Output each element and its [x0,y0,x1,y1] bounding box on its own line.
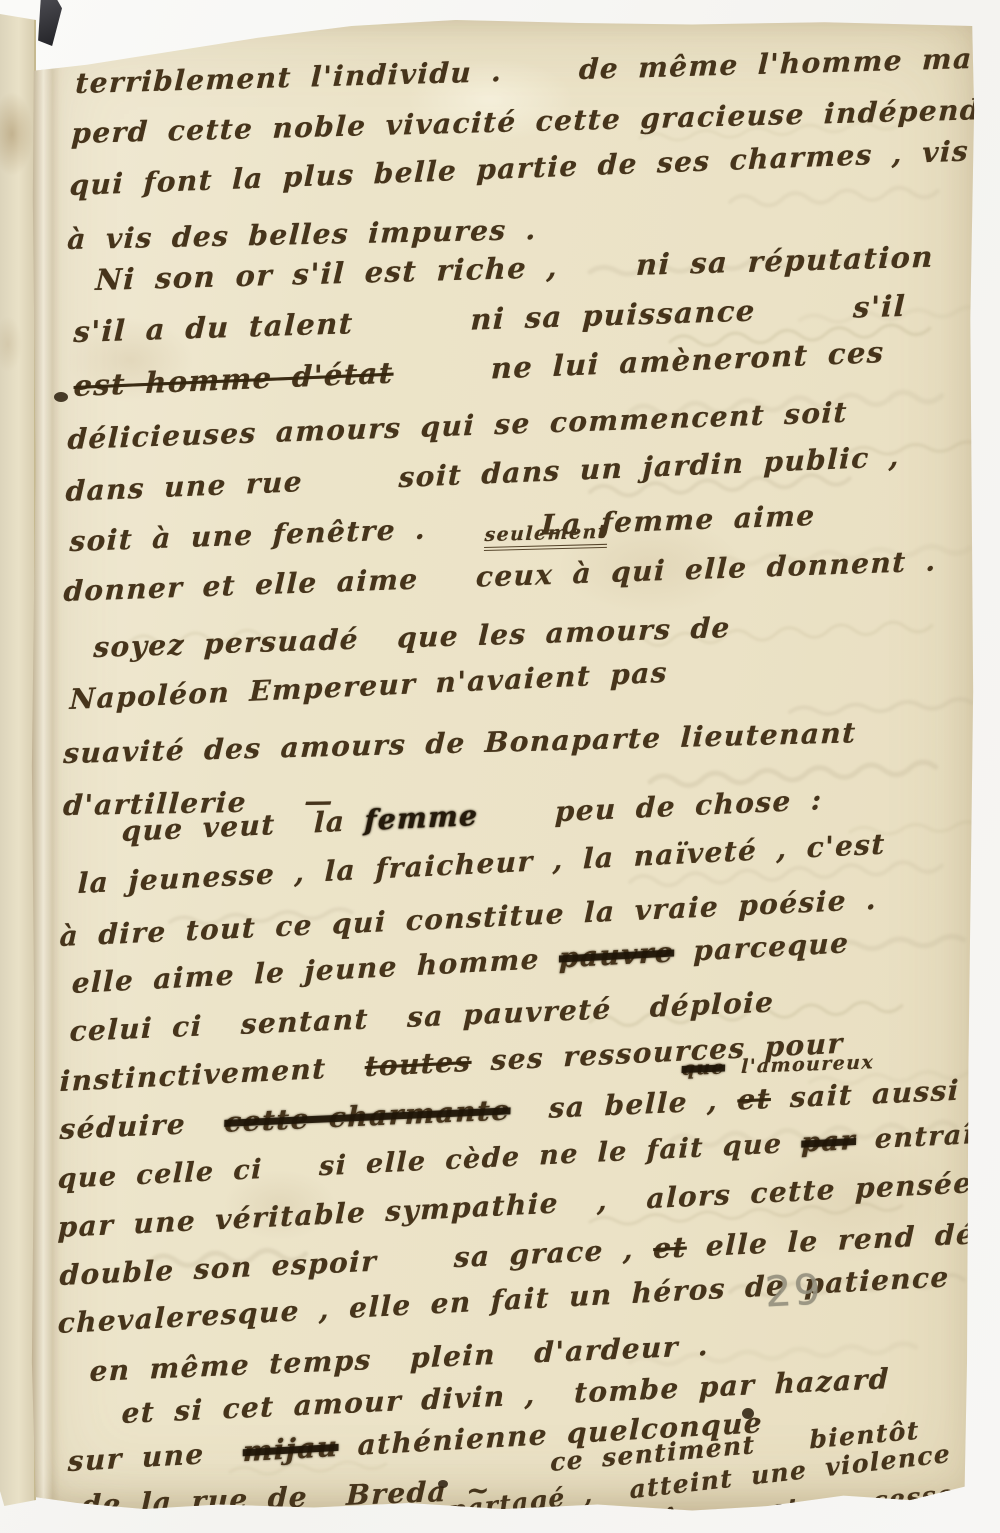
manuscript-line: à vis des belles impures . [67,216,538,254]
manuscript-line: est homme d'état ne lui amèneront ces [73,338,885,401]
photo-background: { "document": { "type": "handwritten-man… [0,0,1000,1533]
manuscript-line: donner et elle aime ceux à qui elle donn… [63,548,937,607]
manuscript-line: délicieuses amours qui se commencent soi… [67,399,848,454]
ink-blot [54,392,68,402]
manuscript-page: terriblement l'individu . de même l'homm… [30,20,976,1512]
manuscript-line: seulement [484,523,608,545]
adjacent-page-edge [0,14,36,1506]
handwriting-layer: terriblement l'individu . de même l'homm… [30,20,976,1512]
manuscript-line: Napoléon Empereur n'avaient pas [69,659,668,714]
manuscript-line: suavité des amours de Bonaparte lieutena… [63,719,857,768]
manuscript-line: terriblement l'individu . de même l'homm… [75,44,976,98]
manuscript-line: soyez persuadé que les amours de [93,614,731,662]
manuscript-line: dans une rue soit dans un jardin public … [65,443,900,506]
manuscript-line: qui font la plus belle partie de ses cha… [69,137,969,200]
manuscript-line: que l'amoureux [681,1053,874,1079]
ink-blot [742,1408,754,1419]
pencil-page-number: 29 [764,1265,824,1317]
binding-tab [36,0,62,46]
manuscript-line: soit à une fenêtre . La femme aime [69,502,816,556]
manuscript-line: de la rue de Breda ~ [81,1476,491,1512]
ink-blot [438,1480,448,1488]
